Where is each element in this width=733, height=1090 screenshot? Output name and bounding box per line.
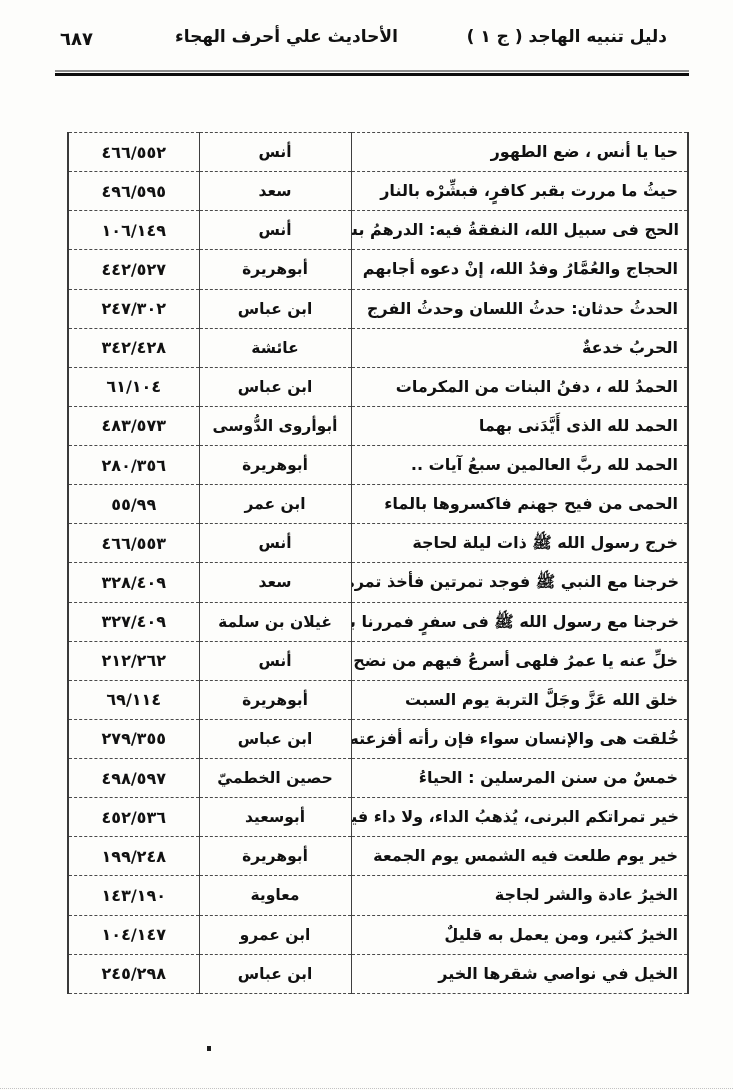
reference-number-cell: ١٠٦/١٤٩ <box>68 211 199 250</box>
reference-number-cell: ٣٢٧/٤٠٩ <box>68 602 199 641</box>
book-title: دليل تنبيه الهاجد ( ج ١ ) <box>467 27 667 47</box>
narrator-cell: غيلان بن سلمة <box>199 602 351 641</box>
reference-number-cell: ٤٩٦/٥٩٥ <box>68 172 199 211</box>
narrator-cell: سعد <box>199 172 351 211</box>
table-row: الحمد لله الذى أَيَّدَنى بهما أبوأروى ال… <box>68 406 688 445</box>
narrator-cell: أبوهريرة <box>199 680 351 719</box>
table-row: الحمد لله ربَّ العالمين سبعُ آيات .. أبو… <box>68 446 688 485</box>
hadith-text-cell: خرجنا مع رسول الله ﷺ فى سفرٍ فمررنا بشجر… <box>351 602 688 641</box>
hadith-text-cell: خرجنا مع النبي ﷺ فوجد تمرتين فأخذ تمرةً <box>351 563 688 602</box>
reference-number-cell: ٥٥/٩٩ <box>68 485 199 524</box>
hadith-text-cell: خمسٌ من سنن المرسلين : الحياءُ <box>351 759 688 798</box>
table-row: الحجاج والعُمَّارُ وفدُ الله، إنْ دعوه أ… <box>68 250 688 289</box>
scan-speck <box>207 1046 211 1051</box>
hadith-text-cell: خلِّ عنه يا عمرُ فلهى أسرعُ فيهم من نضح … <box>351 641 688 680</box>
table-row: الحدثُ حدثان: حدثُ اللسان وحدثُ الفرج اب… <box>68 289 688 328</box>
reference-number-cell: ٢٤٥/٢٩٨ <box>68 954 199 993</box>
reference-number-cell: ٦٩/١١٤ <box>68 680 199 719</box>
hadith-text-cell: حيا يا أنس ، ضع الطهور <box>351 133 688 172</box>
narrator-cell: أبوأروى الدُّوسى <box>199 406 351 445</box>
hadith-index-table: حيا يا أنس ، ضع الطهور أنس ٤٦٦/٥٥٢ حيثُ … <box>67 132 689 994</box>
narrator-cell: أبوهريرة <box>199 446 351 485</box>
hadith-text-cell: الحربُ خدعةٌ <box>351 328 688 367</box>
table-row: الخيرُ كثير، ومن يعمل به قليلٌ ابن عمرو … <box>68 915 688 954</box>
table-row: الحمى من فيح جهنم فاكسروها بالماء ابن عم… <box>68 485 688 524</box>
hadith-text-cell: الحمدُ لله ، دفنُ البنات من المكرمات <box>351 367 688 406</box>
section-title: الأحاديث علي أحرف الهجاء <box>175 27 398 47</box>
table-row: خرجنا مع النبي ﷺ فوجد تمرتين فأخذ تمرةً … <box>68 563 688 602</box>
reference-number-cell: ٣٢٨/٤٠٩ <box>68 563 199 602</box>
reference-number-cell: ١٩٩/٢٤٨ <box>68 837 199 876</box>
table-row: خلق الله عَزَّ وجَلَّ التربة يوم السبت أ… <box>68 680 688 719</box>
reference-number-cell: ٢٧٩/٣٥٥ <box>68 719 199 758</box>
reference-number-cell: ٢١٢/٢٦٢ <box>68 641 199 680</box>
narrator-cell: أنس <box>199 641 351 680</box>
hadith-text-cell: الخيرُ كثير، ومن يعمل به قليلٌ <box>351 915 688 954</box>
table-row: خرج رسول الله ﷺ ذات ليلة لحاجة أنس ٤٦٦/٥… <box>68 524 688 563</box>
narrator-cell: أبوهريرة <box>199 250 351 289</box>
table-row: الحمدُ لله ، دفنُ البنات من المكرمات ابن… <box>68 367 688 406</box>
reference-number-cell: ٤٩٨/٥٩٧ <box>68 759 199 798</box>
table-row: حيا يا أنس ، ضع الطهور أنس ٤٦٦/٥٥٢ <box>68 133 688 172</box>
hadith-text-cell: الخيرُ عادة والشر لجاجة <box>351 876 688 915</box>
reference-number-cell: ٤٦٦/٥٥٢ <box>68 133 199 172</box>
hadith-text-cell: الحجاج والعُمَّارُ وفدُ الله، إنْ دعوه أ… <box>351 250 688 289</box>
narrator-cell: عائشة <box>199 328 351 367</box>
narrator-cell: أبوسعيد <box>199 798 351 837</box>
reference-number-cell: ٤٥٢/٥٣٦ <box>68 798 199 837</box>
table-row: خرجنا مع رسول الله ﷺ فى سفرٍ فمررنا بشجر… <box>68 602 688 641</box>
hadith-text-cell: خير يوم طلعت فيه الشمس يوم الجمعة <box>351 837 688 876</box>
hadith-text-cell: حيثُ ما مررت بقبر كافرٍ، فبشِّرْه بالنار <box>351 172 688 211</box>
reference-number-cell: ١٠٤/١٤٧ <box>68 915 199 954</box>
table-row: الحج فى سبيل الله، النفقةُ فيه: الدرهمُ … <box>68 211 688 250</box>
hadith-text-cell: خرج رسول الله ﷺ ذات ليلة لحاجة <box>351 524 688 563</box>
scanned-book-page: دليل تنبيه الهاجد ( ج ١ ) الأحاديث علي أ… <box>0 0 733 1090</box>
hadith-text-cell: الخيل في نواصي شقرها الخير <box>351 954 688 993</box>
hadith-text-cell: الحمد لله الذى أَيَّدَنى بهما <box>351 406 688 445</box>
table-row: حيثُ ما مررت بقبر كافرٍ، فبشِّرْه بالنار… <box>68 172 688 211</box>
reference-number-cell: ٤٦٦/٥٥٣ <box>68 524 199 563</box>
hadith-table-body: حيا يا أنس ، ضع الطهور أنس ٤٦٦/٥٥٢ حيثُ … <box>68 133 688 994</box>
header-double-rule <box>55 70 689 76</box>
narrator-cell: ابن عباس <box>199 289 351 328</box>
narrator-cell: حصين الخطميّ <box>199 759 351 798</box>
narrator-cell: ابن عمرو <box>199 915 351 954</box>
hadith-text-cell: الحج فى سبيل الله، النفقةُ فيه: الدرهمُ … <box>351 211 688 250</box>
reference-number-cell: ٢٨٠/٣٥٦ <box>68 446 199 485</box>
hadith-text-cell: الحمد لله ربَّ العالمين سبعُ آيات .. <box>351 446 688 485</box>
table-row: خمسٌ من سنن المرسلين : الحياءُ حصين الخط… <box>68 759 688 798</box>
reference-number-cell: ١٤٣/١٩٠ <box>68 876 199 915</box>
narrator-cell: أنس <box>199 524 351 563</box>
hadith-text-cell: الحدثُ حدثان: حدثُ اللسان وحدثُ الفرج <box>351 289 688 328</box>
table-row: خُلقت هى والإنسان سواء فإن رأته أفزعته ا… <box>68 719 688 758</box>
hadith-text-cell: خير تمراتكم البرنى، يُذهبُ الداء، ولا دا… <box>351 798 688 837</box>
table-row: الخيرُ عادة والشر لجاجة معاوية ١٤٣/١٩٠ <box>68 876 688 915</box>
page-number: ٦٨٧ <box>60 29 93 50</box>
narrator-cell: معاوية <box>199 876 351 915</box>
reference-number-cell: ٤٨٣/٥٧٣ <box>68 406 199 445</box>
reference-number-cell: ٢٤٧/٣٠٢ <box>68 289 199 328</box>
narrator-cell: أبوهريرة <box>199 837 351 876</box>
table-row: الخيل في نواصي شقرها الخير ابن عباس ٢٤٥/… <box>68 954 688 993</box>
table-row: الحربُ خدعةٌ عائشة ٣٤٢/٤٢٨ <box>68 328 688 367</box>
table-row: خير يوم طلعت فيه الشمس يوم الجمعة أبوهري… <box>68 837 688 876</box>
narrator-cell: ابن عباس <box>199 719 351 758</box>
hadith-text-cell: الحمى من فيح جهنم فاكسروها بالماء <box>351 485 688 524</box>
narrator-cell: سعد <box>199 563 351 602</box>
scan-edge-noise <box>0 1088 733 1089</box>
table-row: خلِّ عنه يا عمرُ فلهى أسرعُ فيهم من نضح … <box>68 641 688 680</box>
narrator-cell: أنس <box>199 211 351 250</box>
table-row: خير تمراتكم البرنى، يُذهبُ الداء، ولا دا… <box>68 798 688 837</box>
hadith-text-cell: خُلقت هى والإنسان سواء فإن رأته أفزعته <box>351 719 688 758</box>
narrator-cell: أنس <box>199 133 351 172</box>
narrator-cell: ابن عباس <box>199 954 351 993</box>
reference-number-cell: ٣٤٢/٤٢٨ <box>68 328 199 367</box>
narrator-cell: ابن عباس <box>199 367 351 406</box>
narrator-cell: ابن عمر <box>199 485 351 524</box>
reference-number-cell: ٤٤٢/٥٢٧ <box>68 250 199 289</box>
reference-number-cell: ٦١/١٠٤ <box>68 367 199 406</box>
hadith-text-cell: خلق الله عَزَّ وجَلَّ التربة يوم السبت <box>351 680 688 719</box>
